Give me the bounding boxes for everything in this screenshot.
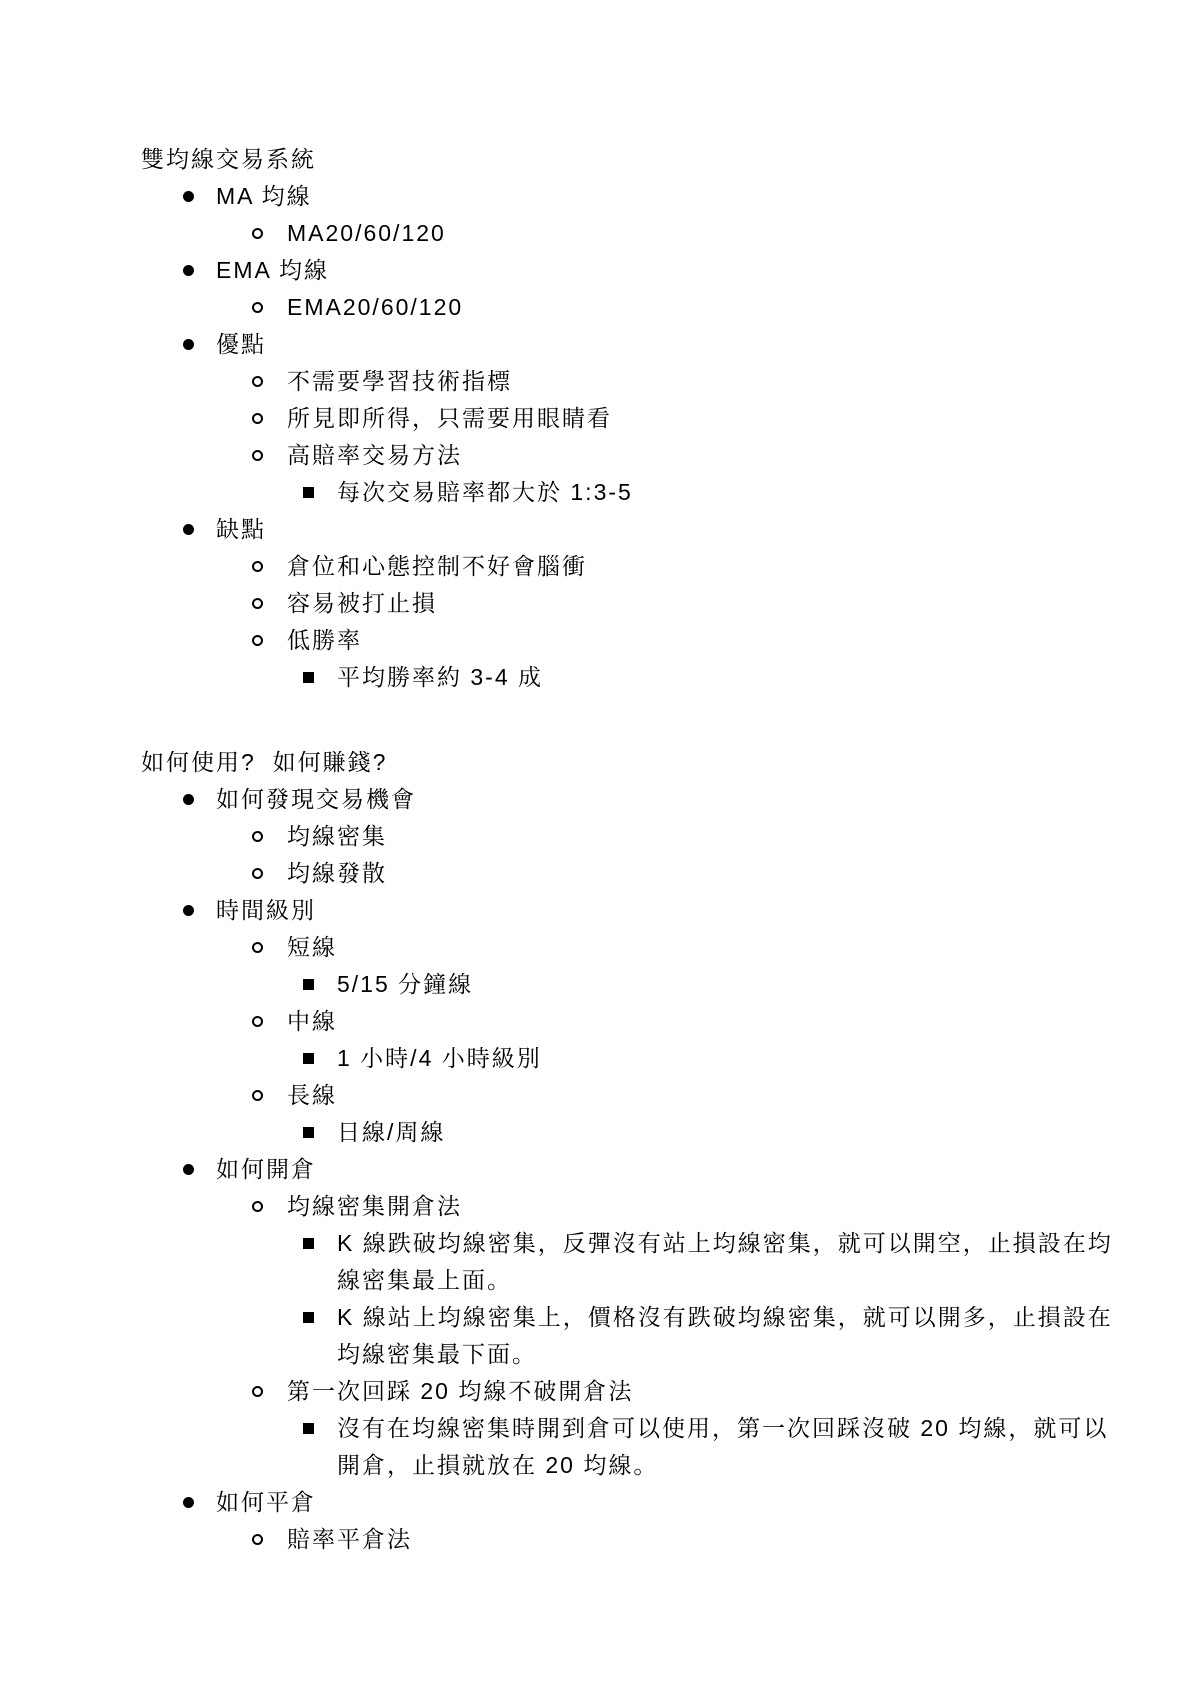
text-line: MA20/60/120 (287, 215, 1200, 252)
text-line: 平均勝率約 3-4 成 (337, 659, 1200, 696)
item-text: 賠率平倉法 (287, 1521, 1200, 1558)
text-line: 第一次回踩 20 均線不破開倉法 (287, 1373, 1200, 1410)
outline-item: 日線/周線 (0, 1114, 1200, 1151)
circle-bullet-icon (252, 831, 263, 842)
text-line: 缺點 (216, 511, 1200, 548)
item-text: 均線密集 (287, 818, 1200, 855)
circle-bullet-icon (252, 450, 263, 461)
disc-bullet-icon (183, 1497, 194, 1508)
item-text: K 線站上均線密集上，價格沒有跌破均線密集，就可以開多，止損設在均線密集最下面。 (337, 1299, 1200, 1373)
item-text: 第一次回踩 20 均線不破開倉法 (287, 1373, 1200, 1410)
item-text: 平均勝率約 3-4 成 (337, 659, 1200, 696)
item-text: 容易被打止損 (287, 585, 1200, 622)
outline-item: 中線 (0, 1003, 1200, 1040)
disc-bullet-icon (183, 905, 194, 916)
item-text: 日線/周線 (337, 1114, 1200, 1151)
disc-bullet-icon (183, 265, 194, 276)
circle-bullet-icon (252, 228, 263, 239)
text-line: K 線站上均線密集上，價格沒有跌破均線密集，就可以開多，止損設在 (337, 1299, 1200, 1336)
outline-item: 1 小時/4 小時級別 (0, 1040, 1200, 1077)
text-line: 均線發散 (287, 855, 1200, 892)
outline-item: 沒有在均線密集時開到倉可以使用，第一次回踩沒破 20 均線，就可以開倉，止損就放… (0, 1410, 1200, 1484)
outline-item: 優點 (0, 326, 1200, 363)
outline-item: 均線發散 (0, 855, 1200, 892)
text-line: 均線密集 (287, 818, 1200, 855)
outline-section: 如何使用? 如何賺錢?如何發現交易機會均線密集均線發散時間級別短線5/15 分鐘… (0, 744, 1200, 1558)
outline-item: 缺點 (0, 511, 1200, 548)
text-line: 不需要學習技術指標 (287, 363, 1200, 400)
text-line: 低勝率 (287, 622, 1200, 659)
item-text: MA 均線 (216, 178, 1200, 215)
text-line: 如何開倉 (216, 1151, 1200, 1188)
text-line: 倉位和心態控制不好會腦衝 (287, 548, 1200, 585)
text-line: 優點 (216, 326, 1200, 363)
text-line: 如何發現交易機會 (216, 781, 1200, 818)
circle-bullet-icon (252, 376, 263, 387)
text-line: 日線/周線 (337, 1114, 1200, 1151)
square-bullet-icon (303, 979, 314, 990)
outline-item: 倉位和心態控制不好會腦衝 (0, 548, 1200, 585)
outline-item: 如何開倉 (0, 1151, 1200, 1188)
item-text: 5/15 分鐘線 (337, 966, 1200, 1003)
text-line: 短線 (287, 929, 1200, 966)
square-bullet-icon (303, 1238, 314, 1249)
circle-bullet-icon (252, 1534, 263, 1545)
square-bullet-icon (303, 1127, 314, 1138)
text-line: 如何平倉 (216, 1484, 1200, 1521)
outline-item: 容易被打止損 (0, 585, 1200, 622)
text-line: K 線跌破均線密集，反彈沒有站上均線密集，就可以開空，止損設在均 (337, 1225, 1200, 1262)
outline-item: 時間級別 (0, 892, 1200, 929)
text-line: MA 均線 (216, 178, 1200, 215)
text-line: 每次交易賠率都大於 1:3-5 (337, 474, 1200, 511)
item-text: 均線發散 (287, 855, 1200, 892)
circle-bullet-icon (252, 868, 263, 879)
outline-item: 如何發現交易機會 (0, 781, 1200, 818)
square-bullet-icon (303, 672, 314, 683)
text-line: 線密集最上面。 (337, 1262, 1200, 1299)
text-line: 均線密集最下面。 (337, 1336, 1200, 1373)
outline-item: 每次交易賠率都大於 1:3-5 (0, 474, 1200, 511)
circle-bullet-icon (252, 1386, 263, 1397)
item-text: 時間級別 (216, 892, 1200, 929)
text-line: 中線 (287, 1003, 1200, 1040)
outline-item: K 線跌破均線密集，反彈沒有站上均線密集，就可以開空，止損設在均線密集最上面。 (0, 1225, 1200, 1299)
outline-item: K 線站上均線密集上，價格沒有跌破均線密集，就可以開多，止損設在均線密集最下面。 (0, 1299, 1200, 1373)
item-text: MA20/60/120 (287, 215, 1200, 252)
item-text: 低勝率 (287, 622, 1200, 659)
square-bullet-icon (303, 1053, 314, 1064)
document-page: 雙均線交易系統MA 均線MA20/60/120EMA 均線EMA20/60/12… (0, 0, 1200, 1558)
outline-item: 第一次回踩 20 均線不破開倉法 (0, 1373, 1200, 1410)
disc-bullet-icon (183, 524, 194, 535)
document-content: 雙均線交易系統MA 均線MA20/60/120EMA 均線EMA20/60/12… (0, 141, 1200, 1558)
item-text: EMA20/60/120 (287, 289, 1200, 326)
text-line: 賠率平倉法 (287, 1521, 1200, 1558)
outline-item: 不需要學習技術指標 (0, 363, 1200, 400)
text-line: 長線 (287, 1077, 1200, 1114)
circle-bullet-icon (252, 413, 263, 424)
text-line: 均線密集開倉法 (287, 1188, 1200, 1225)
item-text: 如何發現交易機會 (216, 781, 1200, 818)
outline-item: 5/15 分鐘線 (0, 966, 1200, 1003)
text-line: EMA20/60/120 (287, 289, 1200, 326)
section-heading: 如何使用? 如何賺錢? (0, 744, 1200, 781)
item-text: 中線 (287, 1003, 1200, 1040)
outline-item: 賠率平倉法 (0, 1521, 1200, 1558)
item-text: K 線跌破均線密集，反彈沒有站上均線密集，就可以開空，止損設在均線密集最上面。 (337, 1225, 1200, 1299)
outline-item: MA 均線 (0, 178, 1200, 215)
item-text: 優點 (216, 326, 1200, 363)
text-line: 沒有在均線密集時開到倉可以使用，第一次回踩沒破 20 均線，就可以 (337, 1410, 1200, 1447)
square-bullet-icon (303, 1312, 314, 1323)
disc-bullet-icon (183, 191, 194, 202)
text-line: 5/15 分鐘線 (337, 966, 1200, 1003)
outline-item: EMA 均線 (0, 252, 1200, 289)
item-text: 長線 (287, 1077, 1200, 1114)
text-line: EMA 均線 (216, 252, 1200, 289)
outline-item: 短線 (0, 929, 1200, 966)
outline-item: 低勝率 (0, 622, 1200, 659)
outline-item: 如何平倉 (0, 1484, 1200, 1521)
text-line: 1 小時/4 小時級別 (337, 1040, 1200, 1077)
item-text: 每次交易賠率都大於 1:3-5 (337, 474, 1200, 511)
disc-bullet-icon (183, 1164, 194, 1175)
square-bullet-icon (303, 1423, 314, 1434)
outline-item: 均線密集開倉法 (0, 1188, 1200, 1225)
outline-item: 高賠率交易方法 (0, 437, 1200, 474)
text-line: 開倉，止損就放在 20 均線。 (337, 1447, 1200, 1484)
circle-bullet-icon (252, 302, 263, 313)
outline-item: EMA20/60/120 (0, 289, 1200, 326)
item-text: 如何開倉 (216, 1151, 1200, 1188)
text-line: 所見即所得，只需要用眼睛看 (287, 400, 1200, 437)
circle-bullet-icon (252, 1016, 263, 1027)
section-heading: 雙均線交易系統 (0, 141, 1200, 178)
outline-section: 雙均線交易系統MA 均線MA20/60/120EMA 均線EMA20/60/12… (0, 141, 1200, 696)
outline-item: 所見即所得，只需要用眼睛看 (0, 400, 1200, 437)
item-text: 缺點 (216, 511, 1200, 548)
item-text: 倉位和心態控制不好會腦衝 (287, 548, 1200, 585)
outline-item: 平均勝率約 3-4 成 (0, 659, 1200, 696)
text-line: 高賠率交易方法 (287, 437, 1200, 474)
outline-item: 長線 (0, 1077, 1200, 1114)
item-text: 所見即所得，只需要用眼睛看 (287, 400, 1200, 437)
item-text: 如何平倉 (216, 1484, 1200, 1521)
item-text: 均線密集開倉法 (287, 1188, 1200, 1225)
text-line: 容易被打止損 (287, 585, 1200, 622)
disc-bullet-icon (183, 339, 194, 350)
circle-bullet-icon (252, 1090, 263, 1101)
circle-bullet-icon (252, 561, 263, 572)
circle-bullet-icon (252, 598, 263, 609)
disc-bullet-icon (183, 794, 194, 805)
circle-bullet-icon (252, 635, 263, 646)
outline-item: MA20/60/120 (0, 215, 1200, 252)
text-line: 時間級別 (216, 892, 1200, 929)
circle-bullet-icon (252, 1201, 263, 1212)
item-text: 高賠率交易方法 (287, 437, 1200, 474)
square-bullet-icon (303, 487, 314, 498)
item-text: 短線 (287, 929, 1200, 966)
outline-item: 均線密集 (0, 818, 1200, 855)
item-text: EMA 均線 (216, 252, 1200, 289)
item-text: 1 小時/4 小時級別 (337, 1040, 1200, 1077)
circle-bullet-icon (252, 942, 263, 953)
item-text: 不需要學習技術指標 (287, 363, 1200, 400)
item-text: 沒有在均線密集時開到倉可以使用，第一次回踩沒破 20 均線，就可以開倉，止損就放… (337, 1410, 1200, 1484)
